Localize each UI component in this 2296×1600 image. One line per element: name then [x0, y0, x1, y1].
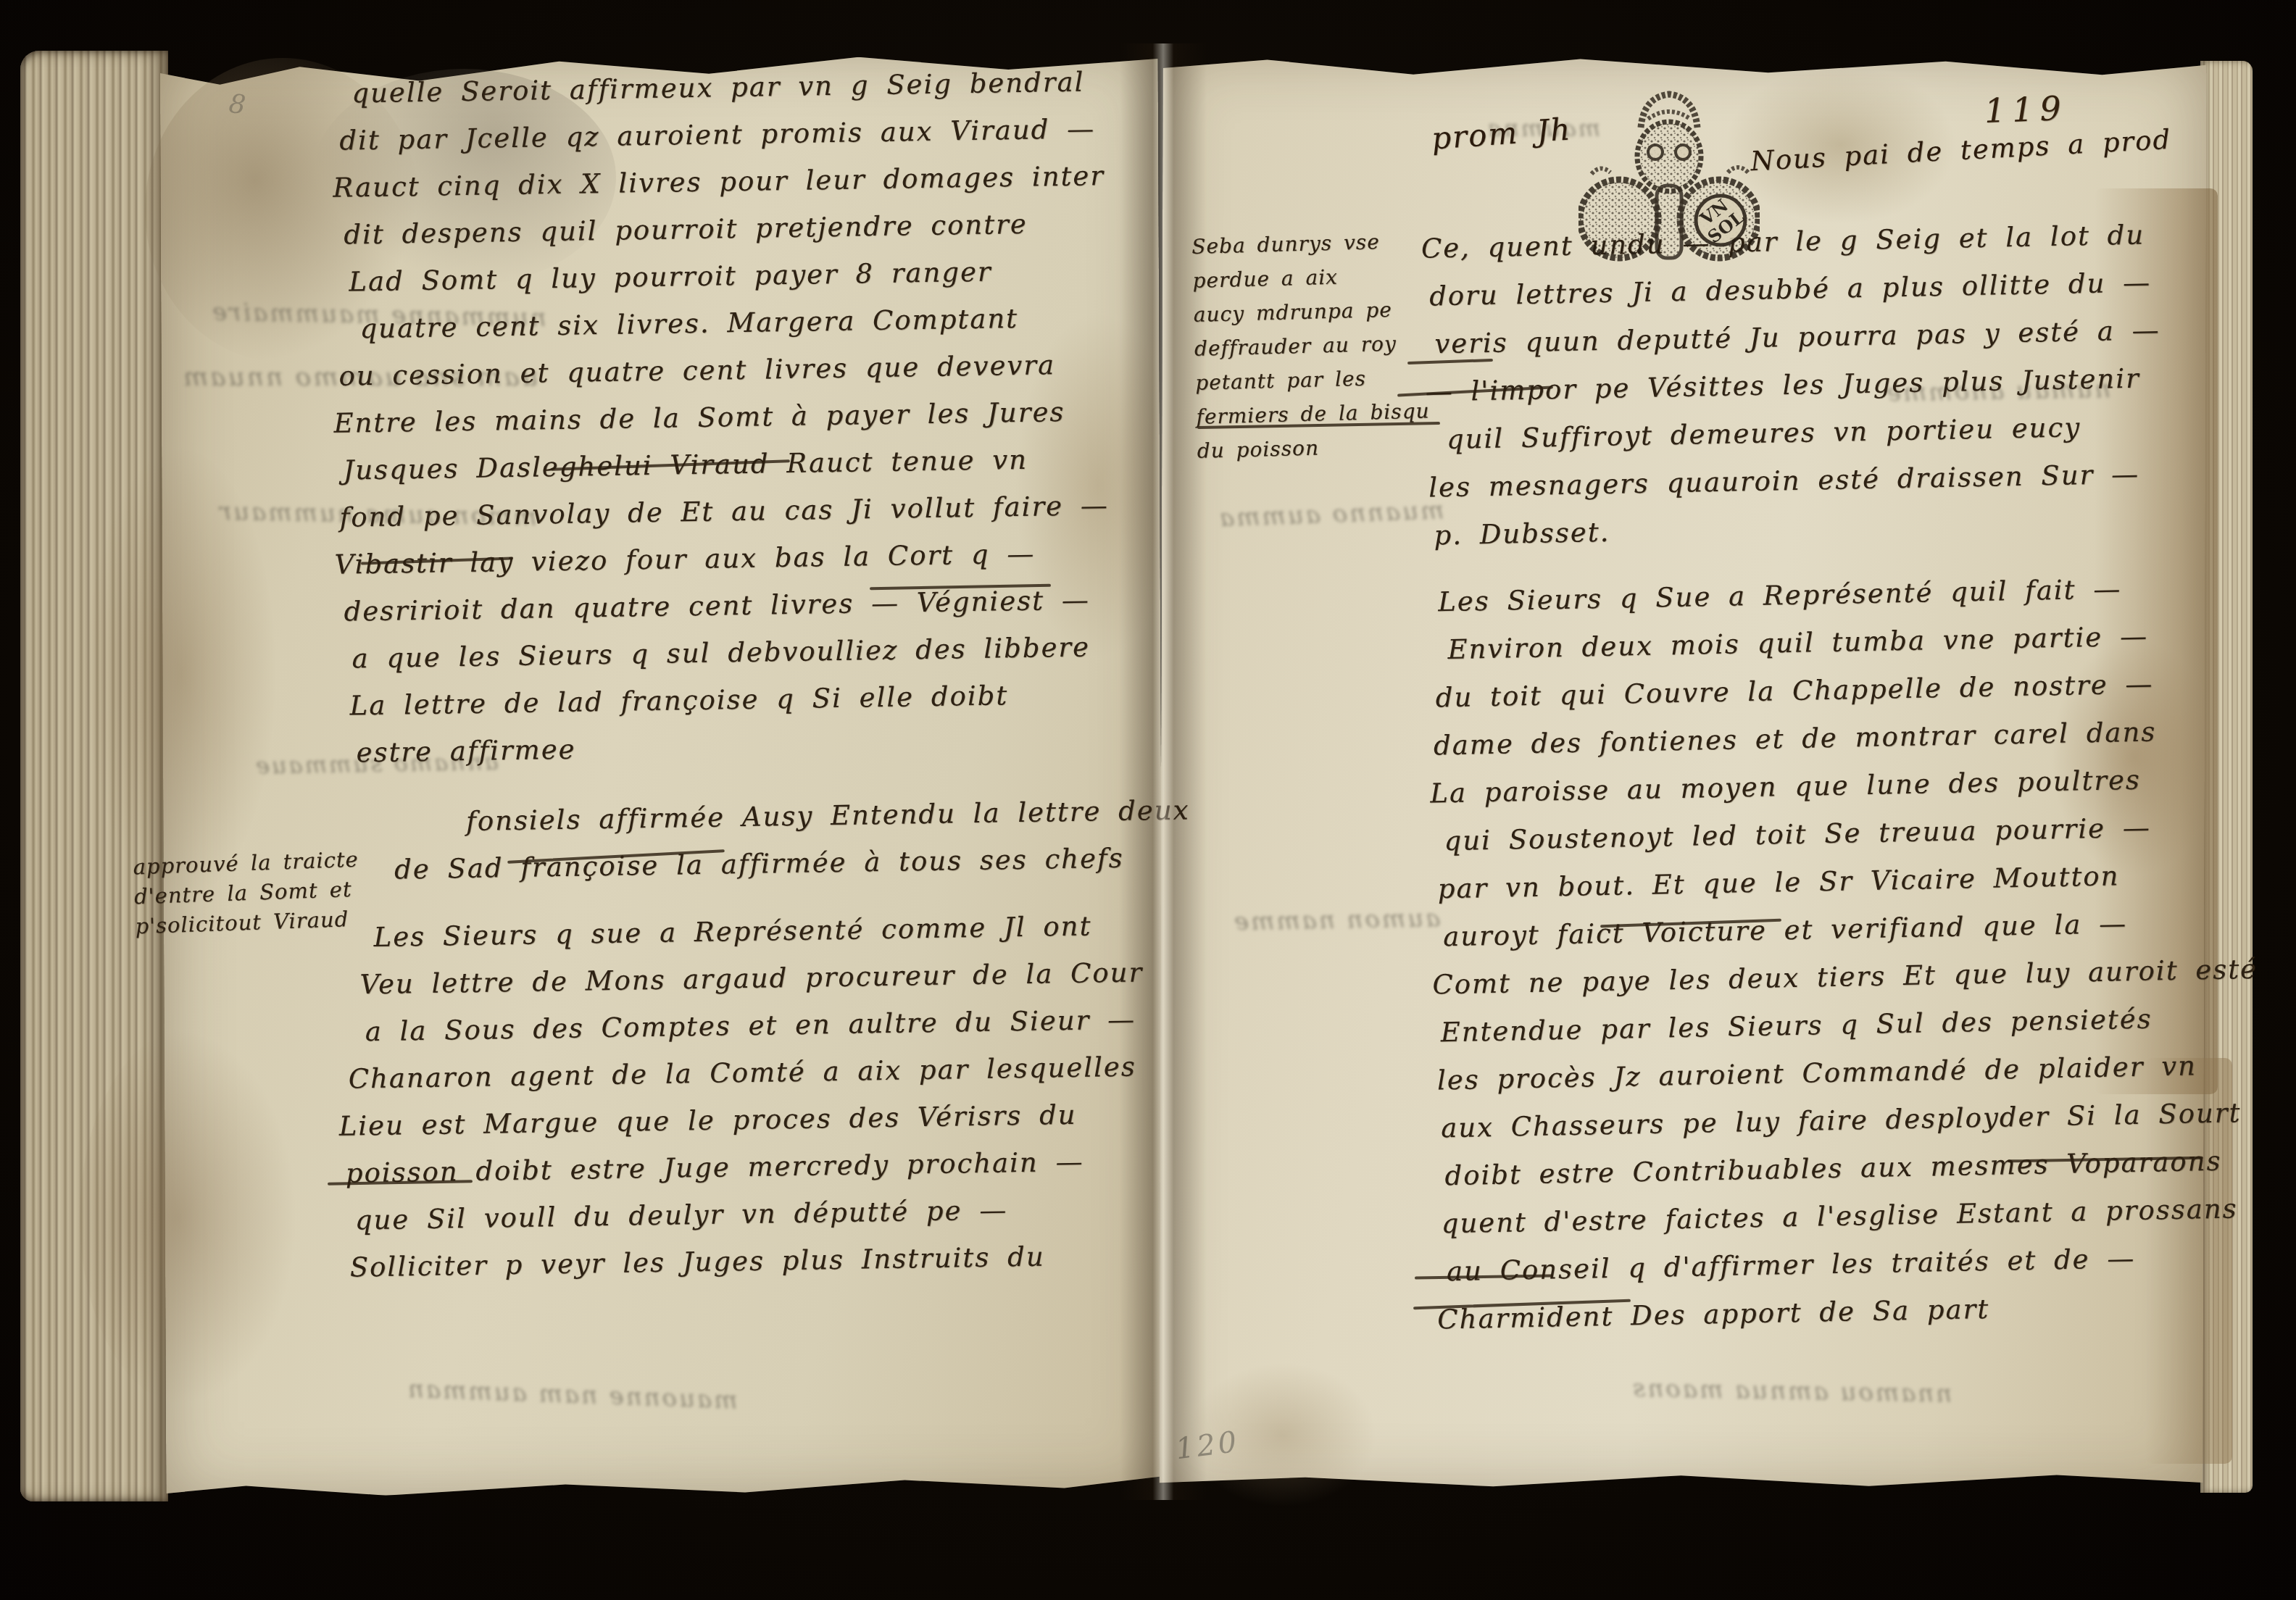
left-page-margin-note: approuvé la traicted'entre la Somt etp's… [133, 841, 483, 942]
right-page-text-block: Ce, quent undu — par le g Seig et la lot… [1428, 210, 2228, 1343]
margin-note-line: du poisson [1197, 427, 1465, 468]
left-page-stack-edge [20, 51, 168, 1501]
right-page-margin-note: Seba dunrys vseperdue a aixaucy mdrunpa … [1191, 222, 1465, 468]
page-number: 119 [1984, 88, 2068, 130]
manuscript-photo: nummanne maummaireuam sna uammo nnuammmo… [0, 0, 2296, 1600]
left-page-text-block: quelle Seroit affirmeux par vn g Seig be… [338, 58, 1144, 1291]
corner-pencil-mark: 8 [228, 89, 249, 120]
fiscal-stamp-icon: VN SOL [1578, 87, 1760, 270]
